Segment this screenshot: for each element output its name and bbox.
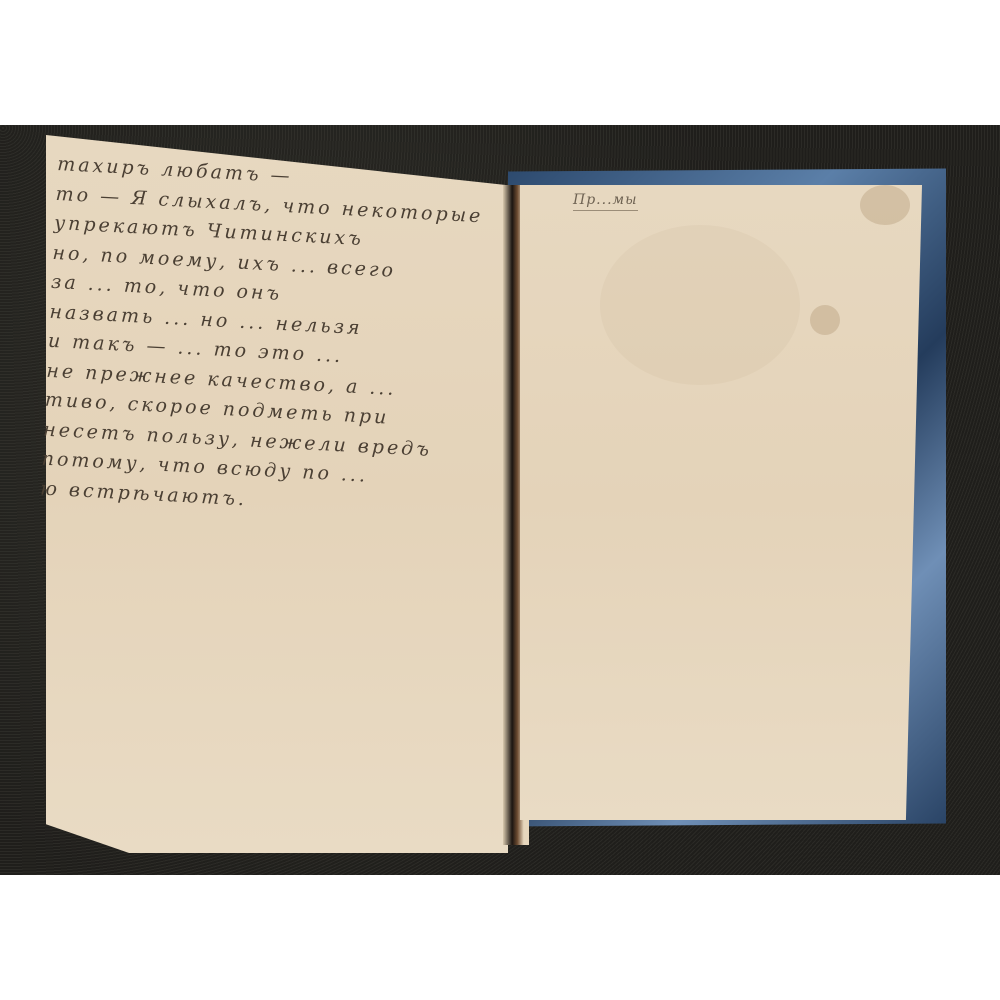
pencil-note: Пр...мы <box>573 192 638 211</box>
handwritten-text: тахиръ любатъ — то — Я слыхалъ, что неко… <box>39 150 497 527</box>
right-page <box>520 185 922 820</box>
